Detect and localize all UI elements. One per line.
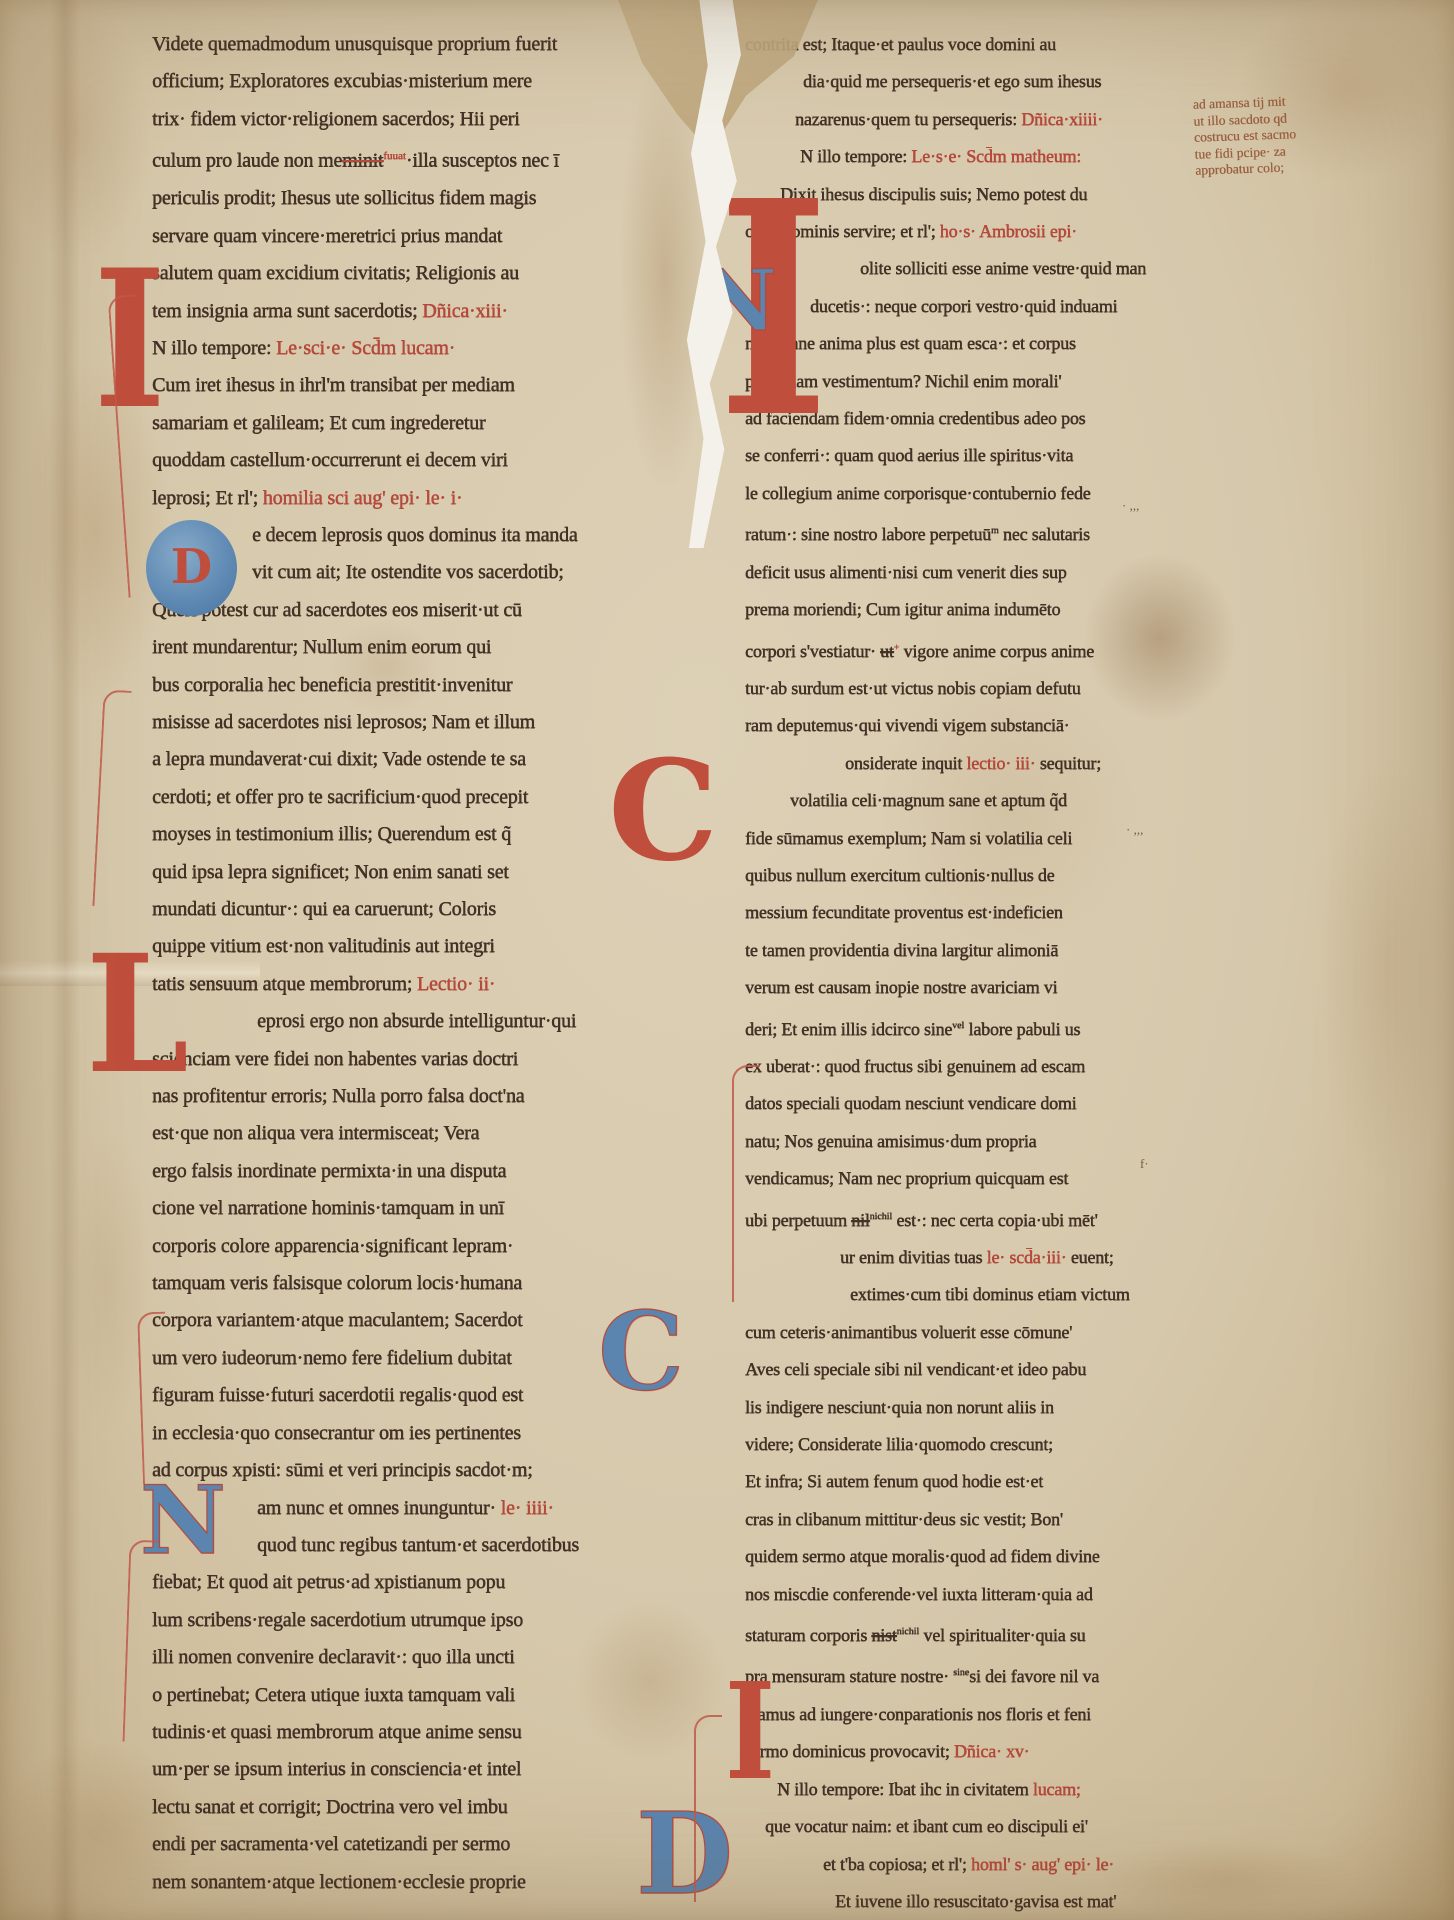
body-text: corporis colore apparencia·significant l… [152,1235,513,1257]
margin-note: ad amansa tij mitut illo sacdoto qdcostr… [1193,93,1298,179]
text-line: eprosi ergo non absurde intelliguntur·qu… [152,1003,600,1040]
rubric-text: fuuat [383,150,406,162]
body-text: onsiderate inquit [845,753,966,773]
body-text: tatis sensuum atque membrorum; [152,973,417,995]
body-text: nazarenus·quem tu persequeris: [795,109,1021,129]
rubric-text: lucam; [1033,1779,1081,1799]
body-text: am nunc et omnes inunguntur· [257,1497,501,1519]
text-line: nas profitentur erroris; Nulla porro fal… [152,1078,600,1115]
body-text: ducetis·: neque corpori vestro·quid indu… [810,296,1117,316]
body-text: quidem sermo atque moralis·quod ad fidem… [745,1546,1100,1566]
body-text: nil [851,1210,869,1230]
margin-note-line: approbatur colo; [1195,159,1297,179]
body-text: endi per sacramenta·vel catetizandi per … [152,1833,510,1855]
text-line: a lepra mundaverat·cui dixit; Vade osten… [152,741,600,778]
text-line: trix· fidem victor·religionem sacerdos; … [152,101,600,138]
text-line: lis indigere nesciunt·quia non norunt al… [745,1389,1125,1426]
marginal-flourish [732,1065,760,1302]
text-line: natu; Nos genuina amisimus·dum propria [745,1123,1125,1160]
text-line: in ecclesia·quo consecrantur om ies pert… [152,1415,600,1452]
rubric-text: lectio· iii· [966,753,1035,773]
body-text: periculis prodit; Ihesus ute sollicitus … [152,187,536,209]
body-text: lis indigere nesciunt·quia non norunt al… [745,1397,1054,1417]
rubric-text: Le·s·e· Scd̄m matheum: [911,146,1081,166]
text-line: quidem sermo atque moralis·quod ad fidem… [745,1538,1125,1575]
text-line: Cum iret ihesus in ihrl'm transibat per … [152,367,600,404]
body-text: a lepra mundaverat·cui dixit; Vade osten… [152,748,526,770]
text-line: salutem quam excidium civitatis; Religio… [152,255,600,292]
text-line: cras in clibanum mittitur·deus sic vesti… [745,1501,1125,1538]
decorated-initial-C: C [598,1285,684,1420]
text-line: vendicamus; Nam nec proprium quicquam es… [745,1160,1125,1197]
text-line: te tamen providentia divina largitur ali… [745,932,1125,969]
body-text: ex uberat·: quod fructus sibi genuinem a… [745,1056,1085,1076]
body-text: le collegium anime corporisque·contubern… [745,483,1090,503]
body-text: verum est causam inopie nostre avariciam… [745,977,1057,997]
stain [60,1130,150,1430]
text-line: tem insignia arma sunt sacerdotis; Dñica… [152,293,600,330]
body-text: corpori s'vestiatur· [745,641,880,661]
body-text: ut [880,641,894,661]
text-line: nazarenus·quem tu persequeris: Dñica·xii… [745,101,1125,138]
body-text: nos miscdie conferende·vel iuxta littera… [745,1584,1093,1604]
text-line: dia·quid me persequeris·et ego sum ihesu… [745,63,1125,100]
body-text: misisse ad sacerdotes nisi leprosos; Nam… [152,711,535,733]
body-text: deficit usus alimenti·nisi cum venerit d… [745,562,1067,582]
body-text: figuram fuisse·futuri sacerdotii regalis… [152,1384,523,1406]
text-line: officium; Exploratores excubias·misteriu… [152,63,600,100]
body-text: lectu sanat et corrigit; Doctrina vero v… [152,1796,507,1818]
body-text: cras in clibanum mittitur·deus sic vesti… [745,1509,1063,1529]
margin-mark: · ,,, [1122,498,1139,514]
text-line: misisse ad sacerdotes nisi leprosos; Nam… [152,704,600,741]
body-text: Et infra; Si autem fenum quod hodie est·… [745,1471,1043,1491]
text-line: Et iuvene illo resuscitato·gavisa est ma… [745,1883,1125,1920]
body-text: samariam et galileam; Et cum ingrederetu… [152,412,485,434]
body-text: staturam corporis [745,1625,871,1645]
rubric-text: homl' s· aug' epi· le· [971,1854,1114,1874]
body-text: sine [953,1667,969,1678]
body-text: leamus ad iungere·conparationis nos flor… [745,1704,1091,1724]
body-text: pra mensuram stature nostre· [745,1666,953,1686]
text-line: pra mensuram stature nostre· sinesi dei … [745,1654,1125,1695]
text-line: servare quam vincere·meretrici prius man… [152,218,600,255]
body-text: datos speciali quodam nesciunt vendicare… [745,1093,1076,1113]
text-line: Videte quemadmodum unusquisque proprium … [152,26,600,63]
body-text: fide sūmamus exemplum; Nam si volatilia … [745,828,1072,848]
text-line: videre; Considerate lilia·quomodo crescu… [745,1426,1125,1463]
body-text: et t'ba copiosa; et rl'; [823,1854,971,1874]
decorated-initial-L: L [86,930,189,1100]
text-line: N illo tempore: Ibat ihc in civitatem lu… [745,1771,1125,1808]
text-line: leprosi; Et rl'; homilia sci aug' epi· l… [152,480,600,517]
text-line: fide sūmamus exemplum; Nam si volatilia … [745,820,1125,857]
text-line: corpora variantem·atque maculantem; Sace… [152,1302,600,1339]
text-line: um vero iudeorum·nemo fere fidelium dubi… [152,1340,600,1377]
body-text: dia·quid me persequeris·et ego sum ihesu… [803,71,1101,91]
body-text: natu; Nos genuina amisimus·dum propria [745,1131,1036,1151]
body-text: si dei favore nil va [969,1666,1099,1686]
rubric-text: Le·sci·e· Scd̄m lucam· [276,337,455,359]
body-text: quippe vitium est·non valitudinis aut in… [152,935,495,957]
body-text: olite solliciti esse anime vestre·quid m… [860,258,1146,278]
body-text: labore pabuli us [964,1019,1080,1039]
text-line: nem sonantem·atque lectionem·ecclesie pr… [152,1864,600,1901]
body-text: salutem quam excidium civitatis; Religio… [152,262,519,284]
body-text: bus corporalia hec beneficia prestitit·i… [152,674,512,696]
initial-letter: D [171,544,212,592]
body-text: deri; Et enim illis idcirco sine [745,1019,952,1039]
body-text: servare quam vincere·meretrici prius man… [152,225,502,247]
text-line: deficit usus alimenti·nisi cum venerit d… [745,554,1125,591]
text-line: et t'ba copiosa; et rl'; homl' s· aug' e… [745,1846,1125,1883]
body-text: Cum iret ihesus in ihrl'm transibat per … [152,374,515,396]
body-text: trix· fidem victor·religionem sacerdos; … [152,108,520,130]
text-line: quid ipsa lepra significet; Non enim san… [152,854,600,891]
rubric-text: le· iiii· [501,1497,554,1519]
body-text: tur·ab surdum est·ut victus nobis copiam… [745,678,1081,698]
stain [1100,1840,1350,1920]
body-text: Et iuvene illo resuscitato·gavisa est ma… [835,1891,1116,1911]
text-line: scienciam vere fidei non habentes varias… [152,1041,600,1078]
body-text: volatilia celi·magnum sane et aptum q̃d [790,790,1067,810]
text-line: Et infra; Si autem fenum quod hodie est·… [745,1463,1125,1500]
rubric-text: homilia sci aug' epi· le· i· [263,487,463,509]
body-text: o pertinebat; Cetera utique iuxta tamqua… [152,1684,515,1706]
text-line: figuram fuisse·futuri sacerdotii regalis… [152,1377,600,1414]
text-column-left: Videte quemadmodum unusquisque proprium … [152,26,600,1901]
text-line: ur enim divitias tuas le· scd̄a·iii· eue… [745,1239,1125,1276]
body-text: sermo dominicus provocavit; [745,1741,954,1761]
text-line: corporis colore apparencia·significant l… [152,1228,600,1265]
body-text: N illo tempore: Ibat ihc in civitatem [777,1779,1033,1799]
text-line: illi nomen convenire declaravit·: quo il… [152,1639,600,1676]
body-text: te tamen providentia divina largitur ali… [745,940,1058,960]
body-text: N illo tempore: [152,337,276,359]
body-text: in ecclesia·quo consecrantur om ies pert… [152,1422,521,1444]
body-text: e decem leprosis quos dominus ita manda [252,524,577,546]
stain [0,0,150,260]
text-line: culum pro laude non meminitfuuat·illa su… [152,138,600,180]
body-text: ram deputemus·qui vivendi vigem substanc… [745,715,1069,735]
body-text: vel [952,1020,964,1031]
body-text: cum ceteris·animantibus voluerit esse cō… [745,1322,1072,1342]
body-text: extimes·cum tibi dominus etiam victum [850,1284,1130,1304]
text-line: tamquam veris falsisque colorum locis·hu… [152,1265,600,1302]
text-line: tudinis·et quasi membrorum atque anime s… [152,1714,600,1751]
rubric-text: Lectio· ii· [417,973,495,995]
body-text: m [991,525,999,536]
text-line: quoddam castellum·occurrerunt ei decem v… [152,442,600,479]
text-line: cerdoti; et offer pro te sacrificium·quo… [152,779,600,816]
rubric-text: Dñica·xiiii· [1021,109,1103,129]
text-line: datos speciali quodam nesciunt vendicare… [745,1085,1125,1122]
body-text: que vocatur naim: et ibant cum eo discip… [765,1816,1088,1836]
text-line: um·per se ipsum interius in consciencia·… [152,1751,600,1788]
body-text: nas profitentur erroris; Nulla porro fal… [152,1085,524,1107]
body-text: vel spiritualiter·quia su [919,1625,1085,1645]
body-text: um·per se ipsum interius in consciencia·… [152,1758,521,1780]
text-line: staturam corporis nistnichil vel spiritu… [745,1613,1125,1654]
body-text: irent mundarentur; Nullum enim eorum qui [152,636,491,658]
body-text: tem insignia arma sunt sacerdotis; [152,300,422,322]
text-line: bus corporalia hec beneficia prestitit·i… [152,667,600,704]
text-line: mundati dicuntur·: qui ea caruerunt; Col… [152,891,600,928]
body-text: moyses in testimonium illis; Querendum e… [152,823,511,845]
body-text: messium fecunditate proventus est·indefi… [745,902,1063,922]
body-text: vendicamus; Nam nec proprium quicquam es… [745,1168,1068,1188]
body-text: leprosi; Et rl'; [152,487,263,509]
body-text: sequitur; [1035,753,1101,773]
body-text: cerdoti; et offer pro te sacrificium·quo… [152,786,528,808]
body-text: videre; Considerate lilia·quomodo crescu… [745,1434,1053,1454]
text-line: cum ceteris·animantibus voluerit esse cō… [745,1314,1125,1351]
fold-crease-vertical [50,0,80,1920]
text-line: moyses in testimonium illis; Querendum e… [152,816,600,853]
text-line: est·que non aliqua vera intermisceat; Ve… [152,1115,600,1152]
body-text: officium; Exploratores excubias·misteriu… [152,70,532,92]
text-line: leamus ad iungere·conparationis nos flor… [745,1696,1125,1733]
text-line: deri; Et enim illis idcirco sinevel labo… [745,1007,1125,1048]
body-text: ubi perpetuum [745,1210,851,1230]
body-text: um vero iudeorum·nemo fere fidelium dubi… [152,1347,512,1369]
marginal-flourish [137,1312,171,1485]
body-text: quoddam castellum·occurrerunt ei decem v… [152,449,508,471]
body-text: eprosi ergo non absurde intelliguntur·qu… [257,1010,576,1032]
body-text: mundati dicuntur·: qui ea caruerunt; Col… [152,898,496,920]
body-text: ergo falsis inordinate permixta·in una d… [152,1160,506,1182]
body-text: quibus nullum exercitum cultionis·nullus… [745,865,1054,885]
body-text: tudinis·et quasi membrorum atque anime s… [152,1721,521,1743]
body-text: prema moriendi; Cum igitur anima indumēt… [745,599,1060,619]
text-line: cione vel narratione hominis·tamquam in … [152,1190,600,1227]
body-text: Aves celi speciale sibi nil vendicant·et… [745,1359,1086,1379]
text-line: lectu sanat et corrigit; Doctrina vero v… [152,1789,600,1826]
text-line: corpori s'vestiatur· ut+ vigore anime co… [745,629,1125,670]
marginal-flourish [694,1715,722,1902]
body-text: vigore anime corpus anime [899,641,1094,661]
body-text: scienciam vere fidei non habentes varias… [152,1048,518,1070]
body-text: tamquam veris falsisque colorum locis·hu… [152,1272,522,1294]
text-line: tatis sensuum atque membrorum; Lectio· i… [152,966,600,1003]
body-text: nem sonantem·atque lectionem·ecclesie pr… [152,1871,526,1893]
body-text: nec salutaris [999,524,1090,544]
margin-mark: f· [1140,1156,1149,1172]
body-text: nist [871,1625,896,1645]
body-text: ·illa susceptos nec ī [406,150,559,172]
text-line: verum est causam inopie nostre avariciam… [745,969,1125,1006]
text-line: endi per sacramenta·vel catetizandi per … [152,1826,600,1863]
body-text: corpora variantem·atque maculantem; Sace… [152,1309,522,1331]
decorated-initial-C: C [608,738,718,883]
body-text: ur enim divitias tuas [840,1247,987,1267]
rubric-text: le· scd̄a·iii· [987,1247,1067,1267]
text-line: quibus nullum exercitum cultionis·nullus… [745,857,1125,894]
rubric-text: ho·s· Ambrosii epi· [940,221,1077,241]
text-line: tur·ab surdum est·ut victus nobis copiam… [745,670,1125,707]
body-text: nichil [870,1211,893,1222]
rubric-text: Dñica· xv· [954,1741,1029,1761]
body-text: vit cum ait; Ite ostendite vos sacerdoti… [252,561,564,583]
text-line: prema moriendi; Cum igitur anima indumēt… [745,591,1125,628]
text-line: ubi perpetuum nilnichil est·: nec certa … [745,1198,1125,1239]
text-line: Aves celi speciale sibi nil vendicant·et… [745,1351,1125,1388]
body-text: ratum·: sine nostro labore perpetuū [745,524,991,544]
text-line: samariam et galileam; Et cum ingrederetu… [152,405,600,442]
text-line: N illo tempore: Le·sci·e· Scd̄m lucam· [152,330,600,367]
body-text: quid ipsa lepra significet; Non enim san… [152,861,509,883]
text-line: ergo falsis inordinate permixta·in una d… [152,1153,600,1190]
rubric-text: Dñica·xiii· [422,300,508,322]
text-line: ex uberat·: quod fructus sibi genuinem a… [745,1048,1125,1085]
text-line: sermo dominicus provocavit; Dñica· xv· [745,1733,1125,1770]
body-text: illi nomen convenire declaravit·: quo il… [152,1646,515,1668]
text-line: onsiderate inquit lectio· iii· sequitur; [745,745,1125,782]
body-text: Videte quemadmodum unusquisque proprium … [152,33,557,55]
stain [1320,760,1454,1180]
text-line: o pertinebat; Cetera utique iuxta tamqua… [152,1677,600,1714]
text-line: lum scribens·regale sacerdotium utrumque… [152,1602,600,1639]
body-text: cione vel narratione hominis·tamquam in … [152,1197,504,1219]
decorated-initial-I: I [725,1662,775,1802]
text-line: ram deputemus·qui vivendi vigem substanc… [745,707,1125,744]
text-line: ratum·: sine nostro labore perpetuūm nec… [745,512,1125,553]
text-line: messium fecunditate proventus est·indefi… [745,894,1125,931]
body-text: minit [342,150,383,172]
text-line: periculis prodit; Ihesus ute sollicitus … [152,180,600,217]
text-line: volatilia celi·magnum sane et aptum q̃d [745,782,1125,819]
body-text: quod tunc regibus tantum·et sacerdotibus [257,1534,579,1556]
body-text: lum scribens·regale sacerdotium utrumque… [152,1609,523,1631]
text-line: extimes·cum tibi dominus etiam victum [745,1276,1125,1313]
decorated-initial-D: D [146,520,237,616]
margin-mark: · ,,, [1126,822,1143,838]
body-text: euent; [1066,1247,1113,1267]
body-text: est·: nec certa copia·ubi mēt' [892,1210,1097,1230]
manuscript-page: Videte quemadmodum unusquisque proprium … [0,0,1454,1920]
body-text: culum pro laude non me [152,150,342,172]
text-line: irent mundarentur; Nullum enim eorum qui [152,629,600,666]
body-text: est·que non aliqua vera intermisceat; Ve… [152,1122,479,1144]
text-line: nos miscdie conferende·vel iuxta littera… [745,1576,1125,1613]
text-line: quippe vitium est·non valitudinis aut in… [152,928,600,965]
text-line: que vocatur naim: et ibant cum eo discip… [745,1808,1125,1845]
body-text: nichil [897,1626,920,1637]
marginal-flourish [92,689,131,907]
